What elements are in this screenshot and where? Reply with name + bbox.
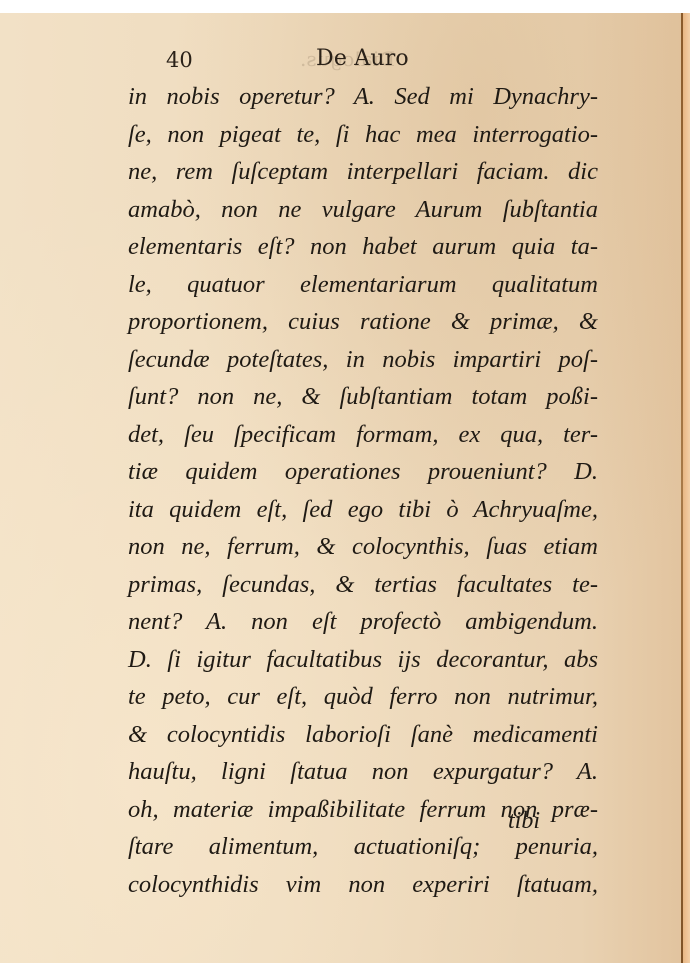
body-text: in nobis operetur? A. Sed mi Dynachry- ſ… bbox=[128, 78, 598, 903]
text-line: te peto, cur eſt, quòd ferro non nutrimu… bbox=[128, 678, 598, 716]
text-line: elementaris eſt? non habet aurum quia ta… bbox=[128, 228, 598, 266]
text-line: ne, rem ſuſceptam interpellari faciam. d… bbox=[128, 153, 598, 191]
text-line: D. ſi igitur facultatibus ijs decorantur… bbox=[128, 641, 598, 679]
text-line: tiæ quidem operationes proueniunt? D. bbox=[128, 453, 598, 491]
text-line: hauſtu, ligni ſtatua non expurgatur? A. bbox=[128, 753, 598, 791]
text-line: le, quatuor elementariarum qualitatum bbox=[128, 266, 598, 304]
text-line: primas, ſecundas, & tertias facultates t… bbox=[128, 566, 598, 604]
text-line: ita quidem eſt, ſed ego tibi ò Achryuaſm… bbox=[128, 491, 598, 529]
running-head: 40 De Auro bbox=[166, 48, 466, 78]
text-line: det, ſeu ſpecificam formam, ex qua, ter- bbox=[128, 416, 598, 454]
page-edge-strip bbox=[683, 13, 690, 963]
text-line: nent? A. non eſt profectò ambigendum. bbox=[128, 603, 598, 641]
page-number: 40 bbox=[166, 48, 193, 72]
text-line: ſecundæ poteſtates, in nobis impartiri p… bbox=[128, 341, 598, 379]
text-line: proportionem, cuius ratione & primæ, & bbox=[128, 303, 598, 341]
running-title: De Auro bbox=[316, 46, 409, 71]
text-line: in nobis operetur? A. Sed mi Dynachry- bbox=[128, 78, 598, 116]
text-line: ſunt? non ne, & ſubſtantiam totam poßi- bbox=[128, 378, 598, 416]
catchword: tibi bbox=[508, 808, 540, 835]
text-line: non ne, ferrum, & colocynthis, ſuas etia… bbox=[128, 528, 598, 566]
text-line: ſe, non pigeat te, ſi hac mea interrogat… bbox=[128, 116, 598, 154]
text-line: & colocyntidis laborioſi ſanè medicament… bbox=[128, 716, 598, 754]
text-line: amabò, non ne vulgare Aurum ſubſtantia bbox=[128, 191, 598, 229]
text-line: colocynthidis vim non experiri ſtatuam, bbox=[128, 866, 598, 904]
